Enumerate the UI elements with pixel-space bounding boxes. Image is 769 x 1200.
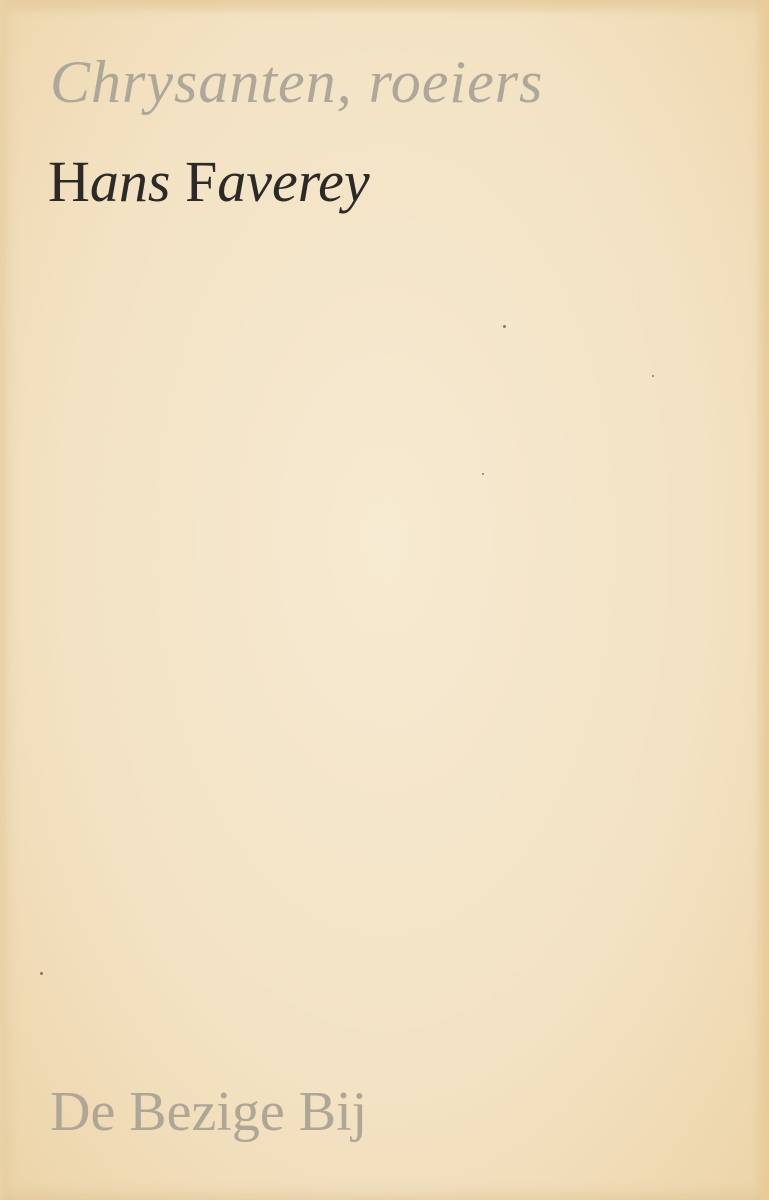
author-last-rest: averey <box>217 149 369 214</box>
author-first-initial: H <box>48 149 90 214</box>
cover-edge-right <box>755 0 769 1200</box>
book-cover: Chrysanten, roeiers Hans Faverey De Bezi… <box>0 0 769 1200</box>
author-first-rest: ans <box>90 149 171 214</box>
book-author: Hans Faverey <box>48 148 370 215</box>
paper-speck <box>482 473 484 475</box>
publisher-name: De Bezige Bij <box>50 1080 367 1144</box>
paper-speck <box>40 972 43 975</box>
paper-speck <box>503 325 506 328</box>
cover-edge-left <box>0 0 8 1200</box>
author-last-initial: F <box>185 149 217 214</box>
paper-speck <box>652 375 654 377</box>
cover-edge-top <box>0 0 769 14</box>
book-title: Chrysanten, roeiers <box>50 48 543 117</box>
